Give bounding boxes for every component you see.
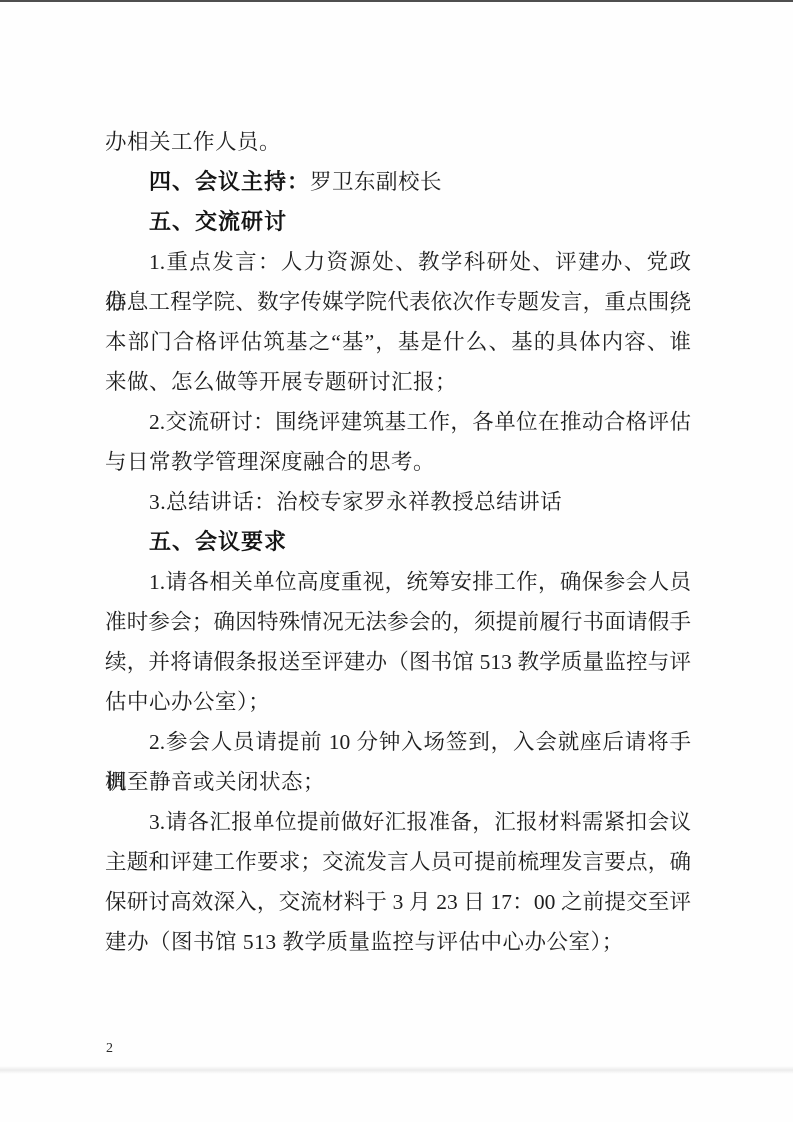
heading-meeting-host-label: 四、会议主持： bbox=[149, 169, 310, 194]
body-line: 2.交流研讨：围绕评建筑基工作，各单位在推动合格评估 bbox=[105, 402, 691, 442]
heading-meeting-host: 四、会议主持：罗卫东副校长 bbox=[105, 162, 691, 202]
scanned-document-page: 办相关工作人员。 四、会议主持：罗卫东副校长 五、交流研讨 1.重点发言：人力资… bbox=[0, 0, 793, 1122]
body-line: 来做、怎么做等开展专题研讨汇报； bbox=[105, 362, 691, 402]
body-line: 保研讨高效深入，交流材料于 3 月 23 日 17：00 之前提交至评 bbox=[105, 882, 691, 922]
paragraph-continuation-line: 办相关工作人员。 bbox=[105, 122, 691, 162]
meeting-host-name: 罗卫东副校长 bbox=[310, 170, 442, 194]
scan-top-edge-artifact bbox=[0, 0, 793, 2]
body-line: 3.总结讲话：治校专家罗永祥教授总结讲话 bbox=[105, 482, 691, 522]
heading-exchange-discussion: 五、交流研讨 bbox=[105, 202, 691, 242]
body-line: 估中心办公室）； bbox=[105, 682, 691, 722]
body-line: 3.请各汇报单位提前做好汇报准备，汇报材料需紧扣会议 bbox=[105, 802, 691, 842]
scan-streak-artifact bbox=[0, 1066, 793, 1074]
body-line: 本部门合格评估筑基之“基”，基是什么、基的具体内容、谁 bbox=[105, 322, 691, 362]
body-line: 建办（图书馆 513 教学质量监控与评估中心办公室）； bbox=[105, 922, 691, 962]
body-line: 续，并将请假条报送至评建办（图书馆 513 教学质量监控与评 bbox=[105, 642, 691, 682]
body-line: 信息工程学院、数字传媒学院代表依次作专题发言，重点围绕 bbox=[105, 282, 691, 322]
body-line: 主题和评建工作要求；交流发言人员可提前梳理发言要点，确 bbox=[105, 842, 691, 882]
page-number: 2 bbox=[106, 1040, 113, 1058]
body-line: 1.重点发言：人力资源处、教学科研处、评建办、党政办， bbox=[105, 242, 691, 282]
heading-meeting-requirements: 五、会议要求 bbox=[105, 522, 691, 562]
body-line: 与日常教学管理深度融合的思考。 bbox=[105, 442, 691, 482]
body-line: 调至静音或关闭状态； bbox=[105, 762, 691, 802]
body-line: 2.参会人员请提前 10 分钟入场签到，入会就座后请将手机 bbox=[105, 722, 691, 762]
body-line: 准时参会；确因特殊情况无法参会的，须提前履行书面请假手 bbox=[105, 602, 691, 642]
document-body: 办相关工作人员。 四、会议主持：罗卫东副校长 五、交流研讨 1.重点发言：人力资… bbox=[105, 122, 691, 962]
body-line: 1.请各相关单位高度重视，统筹安排工作，确保参会人员 bbox=[105, 562, 691, 602]
